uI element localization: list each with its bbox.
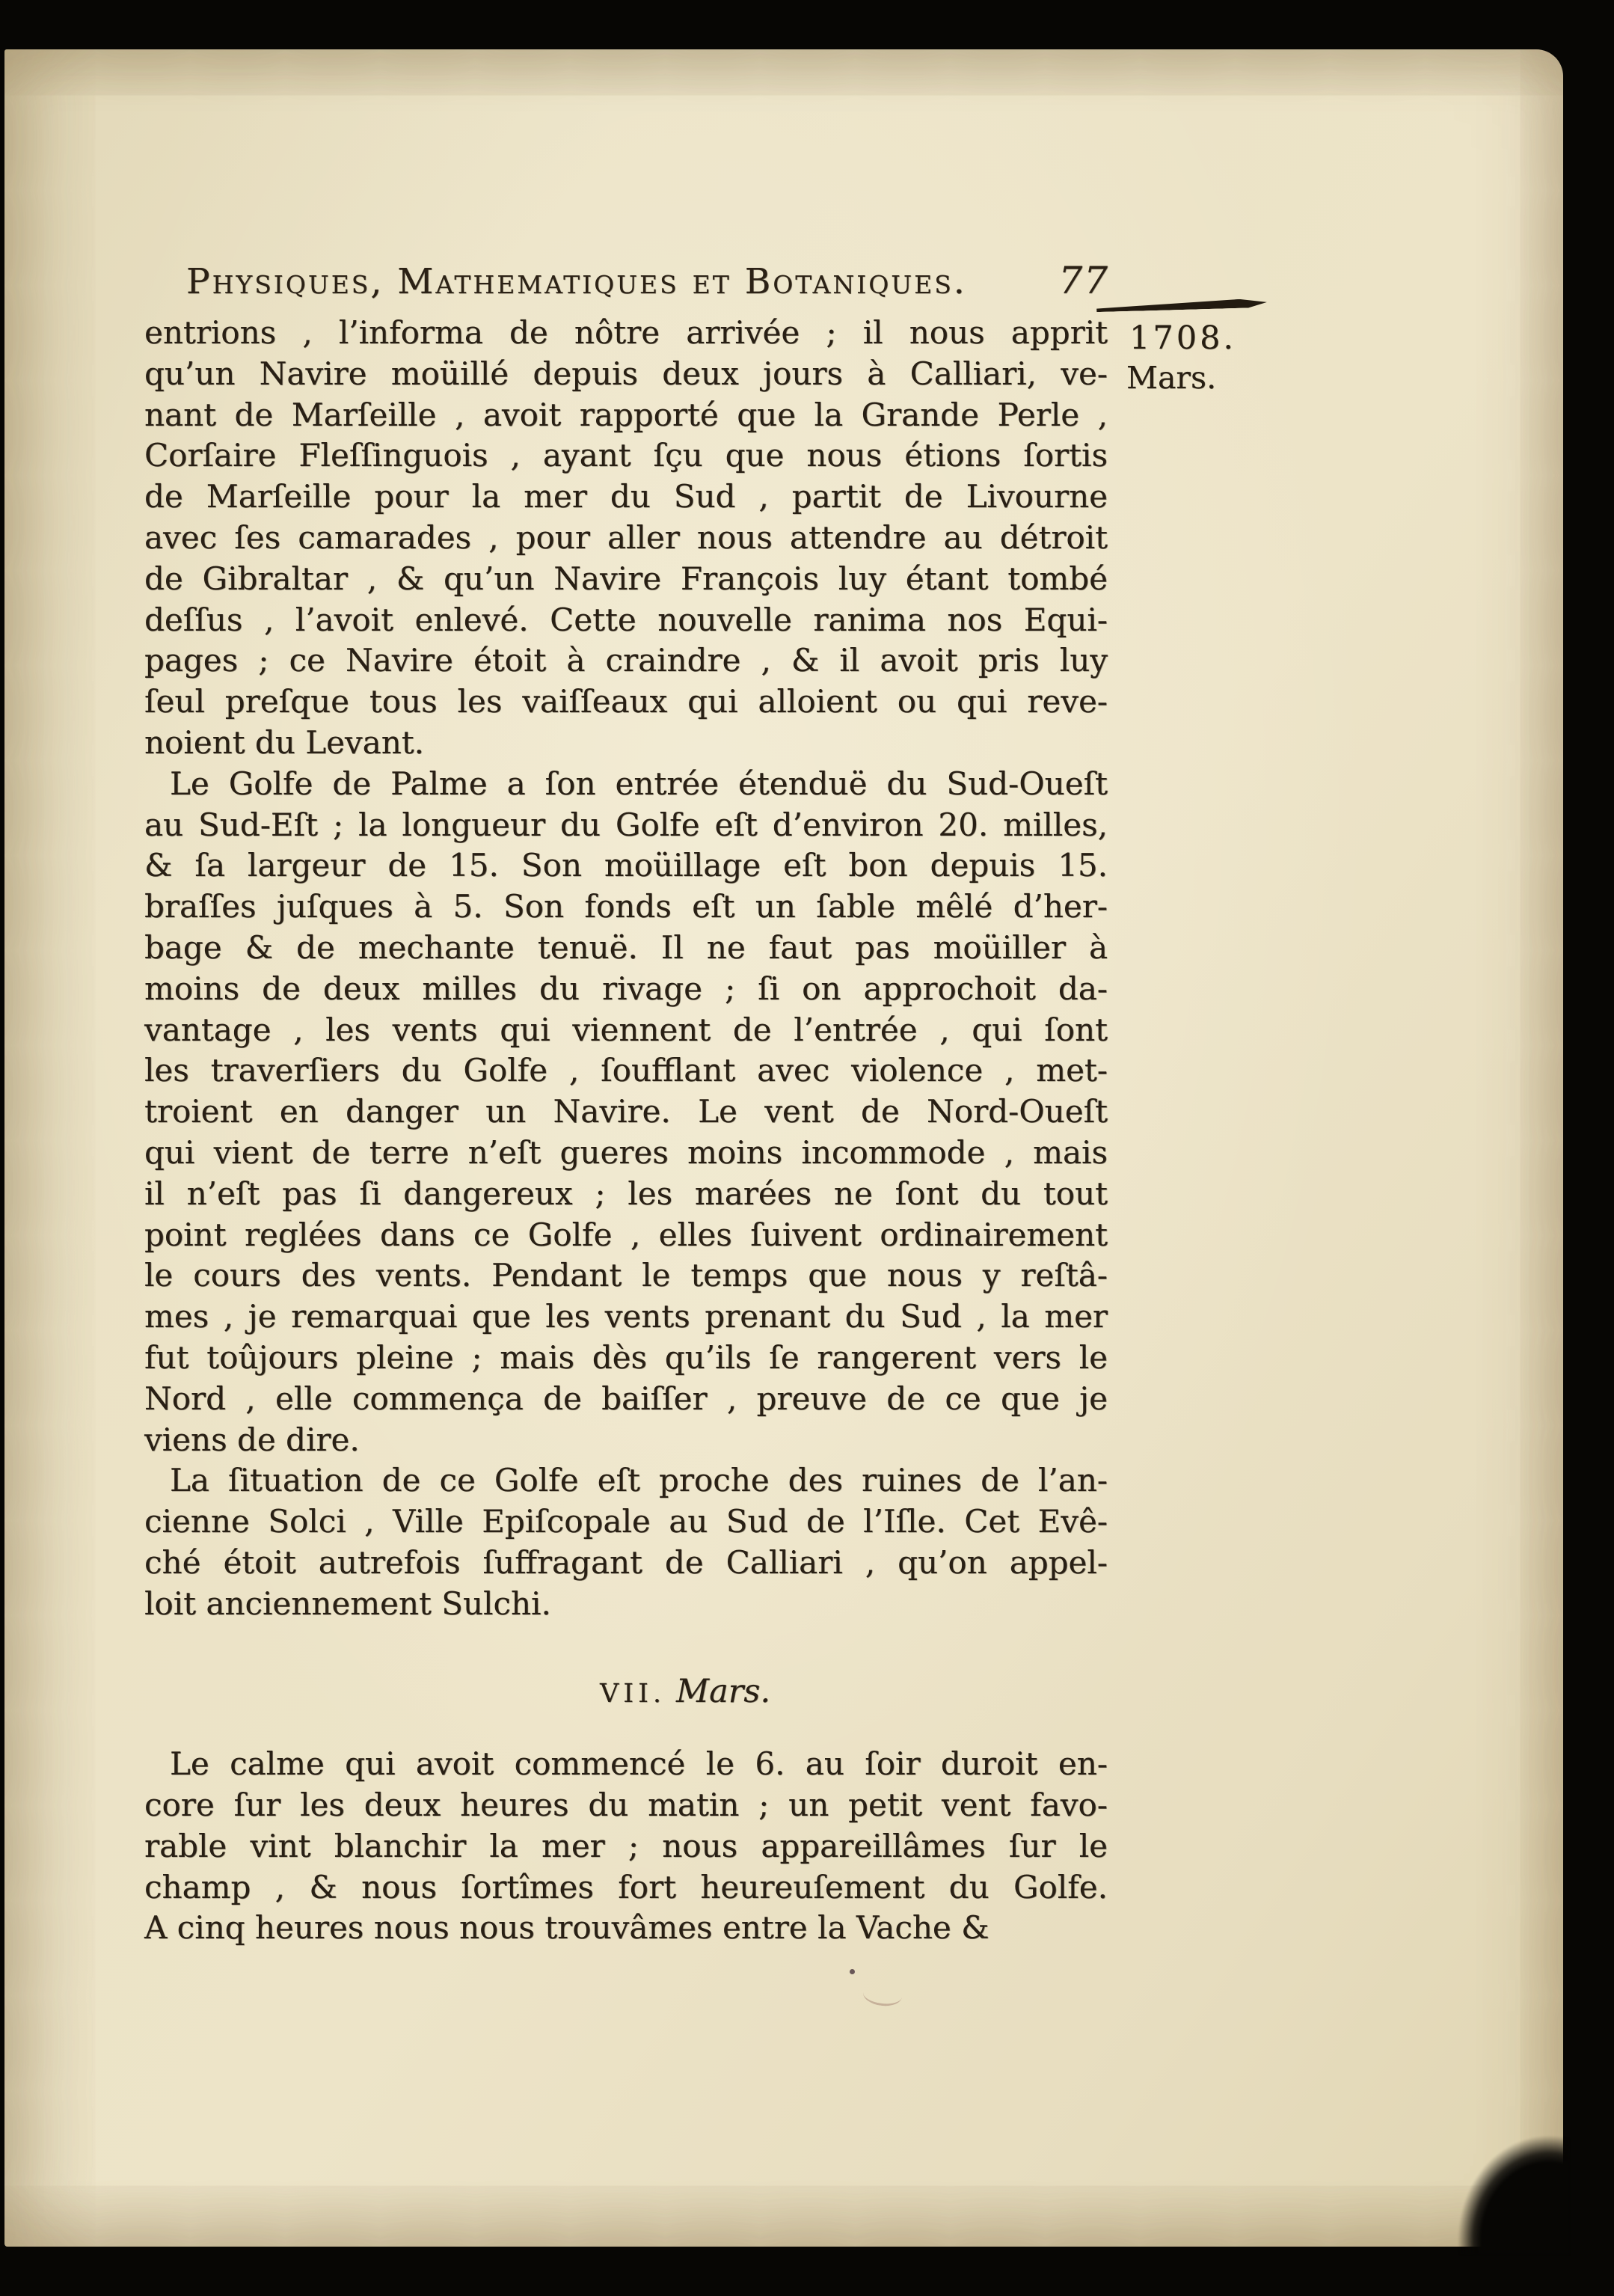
paragraph: Le Golfe de Palme a ſon entrée étenduë d… <box>144 764 1108 1461</box>
running-header-title: Physiques, Mathematiques et Botaniques. <box>144 261 1058 302</box>
text-line: moins de deux milles du rivage ; ſi on a… <box>144 969 1108 1010</box>
text-line: le cours des vents. Pendant le temps que… <box>144 1255 1108 1297</box>
text-line: entrions , l’informa de nôtre arrivée ; … <box>144 313 1108 354</box>
text-line: mes , je remarquai que les vents prenant… <box>144 1297 1108 1338</box>
text-line: avec ſes camarades , pour aller nous att… <box>144 518 1108 559</box>
text-line: troient en danger un Navire. Le vent de … <box>144 1092 1108 1133</box>
text-line: fut toûjours pleine ; mais dès qu’ils ſe… <box>144 1338 1108 1379</box>
text-line: core ſur les deux heures du matin ; un p… <box>144 1785 1108 1826</box>
text-line: La ſituation de ce Golfe eſt proche des … <box>144 1460 1108 1501</box>
text-line: champ , & nous ſortîmes fort heureuſemen… <box>144 1867 1108 1908</box>
marginal-rule <box>1096 299 1267 312</box>
text-line: il n’eſt pas ſi dangereux ; les marées n… <box>144 1174 1108 1215</box>
text-line: nant de Marſeille , avoit rapporté que l… <box>144 395 1108 436</box>
text-line: au Sud-Eſt ; la longueur du Golfe eſt d’… <box>144 805 1108 846</box>
text-line: braſſes juſques à 5. Son fonds eſt un ſa… <box>144 887 1108 928</box>
text-line: deſſus , l’avoit enlevé. Cette nouvelle … <box>144 600 1108 641</box>
paragraph: La ſituation de ce Golfe eſt proche des … <box>144 1460 1108 1624</box>
ink-speck <box>850 1969 855 1974</box>
paragraph: Le calme qui avoit commencé le 6. au ſoi… <box>144 1744 1108 1949</box>
text-line: bage & de mechante tenuë. Il ne faut pas… <box>144 928 1108 969</box>
text-line: & ſa largeur de 15. Son moüillage eſt bo… <box>144 845 1108 887</box>
book-page: Physiques, Mathematiques et Botaniques. … <box>4 49 1563 2247</box>
section-numeral: VII. <box>600 1679 666 1709</box>
text-line: noient du Levant. <box>144 723 1108 764</box>
text-line: loit anciennement Sulchi. <box>144 1584 1108 1625</box>
text-line: rable vint blanchir la mer ; nous appare… <box>144 1826 1108 1867</box>
text-line: cienne Solci , Ville Epiſcopale au Sud d… <box>144 1501 1108 1543</box>
text-line: de Gibraltar , & qu’un Navire François l… <box>144 559 1108 600</box>
text-line: de Marſeille pour la mer du Sud , partit… <box>144 477 1108 518</box>
marginal-date-note: 1708. Mars. <box>1096 301 1283 396</box>
torn-corner-shadow <box>1457 2134 1569 2254</box>
text-line: Nord , elle commença de baiſſer , preuve… <box>144 1379 1108 1420</box>
section-heading: VII.Mars. <box>144 1671 1108 1715</box>
text-line: qu’un Navire moüillé depuis deux jours à… <box>144 354 1108 395</box>
text-line: Le calme qui avoit commencé le 6. au ſoi… <box>144 1744 1108 1785</box>
marginal-year: 1708. <box>1129 319 1283 357</box>
text-line: vantage , les vents qui viennent de l’en… <box>144 1010 1108 1051</box>
running-header: Physiques, Mathematiques et Botaniques. … <box>144 259 1109 302</box>
text-line: Le Golfe de Palme a ſon entrée étenduë d… <box>144 764 1108 805</box>
text-line: point reglées dans ce Golfe , elles ſuiv… <box>144 1215 1108 1256</box>
text-line: les traverſiers du Golfe , ſoufflant ave… <box>144 1050 1108 1092</box>
body-text-column: entrions , l’informa de nôtre arrivée ; … <box>144 313 1108 1949</box>
marginal-month: Mars. <box>1126 360 1283 396</box>
text-line: qui vient de terre n’eſt gueres moins in… <box>144 1133 1108 1174</box>
scanned-book-photo: { "header": { "title": "Physiques, Mathe… <box>0 0 1614 2296</box>
page-number: 77 <box>1058 259 1109 302</box>
text-line: pages ; ce Navire étoit à craindre , & i… <box>144 640 1108 682</box>
text-line: A cinq heures nous nous trouvâmes entre … <box>144 1908 1108 1949</box>
text-line: ché étoit autrefois ſuffragant de Callia… <box>144 1543 1108 1584</box>
paper-scuff-mark <box>862 1982 903 2008</box>
text-line: viens de dire. <box>144 1420 1108 1461</box>
section-title: Mars. <box>676 1673 770 1710</box>
text-line: ſeul preſque tous les vaiſſeaux qui allo… <box>144 682 1108 723</box>
paragraph: entrions , l’informa de nôtre arrivée ; … <box>144 313 1108 764</box>
text-line: Corſaire Fleſſinguois , ayant ſçu que no… <box>144 435 1108 477</box>
